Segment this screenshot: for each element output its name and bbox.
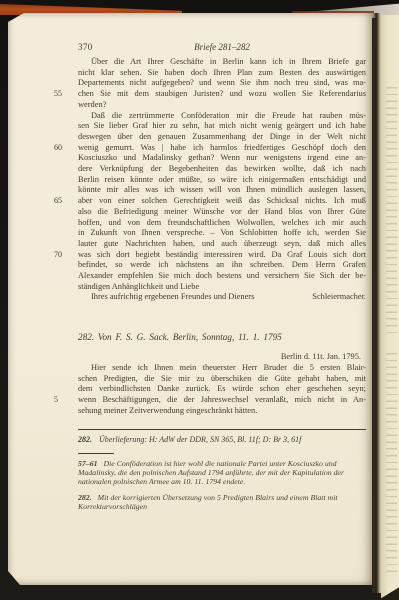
facing-page-edge (381, 15, 399, 600)
line-text: dem verbindlichsten Danke zurück. Es wür… (78, 384, 366, 393)
apparatus-divider (78, 429, 366, 430)
text-line: 65aber von einer solchen Gerechtigkeit w… (78, 196, 366, 207)
text-line: könnte mir alles was ich wissen will von… (78, 185, 366, 196)
footnote-lemma: 57–61 (78, 459, 98, 468)
ghost-text-band (386, 353, 397, 575)
line-text: Ihres aufrichtig ergebenen Freundes und … (91, 292, 254, 301)
apparatus-text: Überlieferung: H: AdW der DDR, SN 365, B… (99, 435, 301, 444)
apparatus-siglum: 282. (78, 435, 92, 444)
line-text: lauter gute Nachrichten haben, und auch … (78, 239, 366, 248)
line-text: sehung meiner Zeitverwendung eingeschrän… (78, 406, 257, 415)
line-text: Daß die zertrümmerte Conföderation mir d… (91, 111, 366, 120)
running-head: Briefe 281–282 (78, 42, 366, 52)
footnotes: 57–61Die Conföderation ist hier wohl die… (78, 459, 366, 511)
line-text: dere Verknüpfung der Begebenheiten das b… (78, 164, 366, 173)
line-number: 55 (54, 89, 72, 100)
text-line: also die Befriedigung meiner Wünsche vor… (78, 207, 366, 218)
line-number: 70 (54, 250, 72, 261)
line-number: 5 (54, 395, 72, 406)
footnote: 57–61Die Conföderation ist hier wohl die… (78, 459, 366, 487)
text-line: 55chen Sie mit dem staubigen Juristen? u… (78, 89, 366, 100)
line-text: Departements nicht aufgegeben? und wenn … (78, 78, 366, 87)
editorial-divider (78, 453, 114, 454)
text-block: 370 Briefe 281–282 Über die Art Ihrer Ge… (78, 42, 366, 511)
text-line: Hier sende ich Ihnen mein theuerster Her… (78, 363, 366, 374)
line-text: Kosciuszko und Madalinsky gethan? Wenn n… (78, 153, 366, 162)
line-text: Alexander empfehlen Sie mich doch besten… (78, 271, 366, 280)
text-line: nicht klar sehen. Sie haben doch Ihren P… (78, 68, 366, 79)
text-line: dem verbindlichsten Danke zurück. Es wür… (78, 384, 366, 395)
text-line: 60wenig gemurrt. Was | habe ich harmlos … (78, 143, 366, 154)
line-number: 65 (54, 196, 72, 207)
line-text: schen Predigten, die Sie mir zu überschi… (78, 374, 366, 383)
text-line: werden? (78, 100, 366, 111)
text-line: Kosciuszko und Madalinsky gethan? Wenn n… (78, 153, 366, 164)
line-text: wenig gemurrt. Was | habe ich harmlos fr… (78, 143, 366, 152)
text-line: Berlin d. 11t. Jan. 1795. (78, 352, 366, 363)
text-line: Über die Art Ihrer Geschäfte in Berlin k… (78, 57, 366, 68)
text-line: Alexander empfehlen Sie mich doch besten… (78, 271, 366, 282)
text-line: Ihres aufrichtig ergebenen Freundes und … (78, 292, 366, 303)
line-text: deswegen über den genauen Zusammenhang d… (78, 132, 366, 141)
line-text: werden? (78, 100, 106, 109)
line-text: befindet, so werde ich nächstens an ihn … (78, 260, 366, 269)
text-line: sen Sie lieber Graf hier zu sehn, hat mi… (78, 121, 366, 132)
line-text: hoffen, und von dem freundschaftlichen W… (78, 218, 366, 227)
line-text: könnte mir alles was ich wissen will von… (78, 185, 366, 194)
text-line: schen Predigten, die Sie mir zu überschi… (78, 374, 366, 385)
text-line: Daß die zertrümmerte Conföderation mir d… (78, 111, 366, 122)
book-page: 370 Briefe 281–282 Über die Art Ihrer Ge… (8, 13, 372, 585)
line-text: Hier sende ich Ihnen mein theuerster Her… (91, 363, 366, 372)
text-line: ständigen Anhänglichkeit und Liebe (78, 282, 366, 293)
line-number: 60 (54, 143, 72, 154)
book-gutter (371, 13, 381, 593)
footnote: 282.Mit der korrigierten Übersetzung von… (78, 493, 366, 511)
text-line: 70was sich dort begiebt beständig intere… (78, 250, 366, 261)
text-line: in Zukunft von Ihnen verspreche. – Von S… (78, 228, 366, 239)
ghost-text-band (386, 87, 397, 335)
text-line: deswegen über den genauen Zusammenhang d… (78, 132, 366, 143)
text-line: Berlin reisen könnte oder müßte, so wäre… (78, 175, 366, 186)
line-text: chen Sie mit dem staubigen Juristen? und… (78, 89, 366, 98)
line-text: wenn Beschäftigungen, die der Jahreswech… (78, 395, 366, 404)
line-text-right: Schleiermacher. (299, 292, 366, 303)
text-line: 5wenn Beschäftigungen, die der Jahreswec… (78, 395, 366, 406)
line-text: ständigen Anhänglichkeit und Liebe (78, 282, 199, 291)
line-text: Berlin reisen könnte oder müßte, so wäre… (78, 175, 366, 184)
book-photo: 370 Briefe 281–282 Über die Art Ihrer Ge… (0, 0, 399, 600)
text-line: lauter gute Nachrichten haben, und auch … (78, 239, 366, 250)
line-text: aber von einer solchen Gerechtigkeit wei… (78, 196, 366, 205)
page-header: 370 Briefe 281–282 (78, 42, 366, 52)
text-line: befindet, so werde ich nächstens an ihn … (78, 260, 366, 271)
line-text: also die Befriedigung meiner Wünsche vor… (78, 207, 366, 216)
footnote-text: Die Conföderation ist hier wohl die nati… (78, 459, 344, 486)
apparatus-entry: 282.Überlieferung: H: AdW der DDR, SN 36… (78, 435, 366, 445)
line-text: nicht klar sehen. Sie haben doch Ihren P… (78, 68, 366, 77)
line-text: sen Sie lieber Graf hier zu sehn, hat mi… (78, 121, 366, 130)
line-text: was sich dort begiebt beständig interess… (78, 250, 366, 259)
text-line: sehung meiner Zeitverwendung eingeschrän… (78, 406, 366, 417)
cover-edge-line (292, 11, 374, 13)
line-text: Über die Art Ihrer Geschäfte in Berlin k… (91, 57, 366, 66)
footnote-lemma: 282. (78, 493, 92, 502)
footnote-text: Mit der korrigierten Übersetzung von 5 P… (78, 493, 338, 511)
letter-282-body: Berlin d. 11t. Jan. 1795. Hier sende ich… (78, 352, 366, 416)
letter-282-heading: 282. Von F. S. G. Sack. Berlin, Sonntag,… (78, 332, 366, 343)
line-text: Berlin d. 11t. Jan. 1795. (281, 352, 361, 361)
letter-281-body: Über die Art Ihrer Geschäfte in Berlin k… (78, 57, 366, 303)
text-line: Departements nicht aufgegeben? und wenn … (78, 78, 366, 89)
line-text: in Zukunft von Ihnen verspreche. – Von S… (78, 228, 366, 237)
text-line: hoffen, und von dem freundschaftlichen W… (78, 218, 366, 229)
text-line: dere Verknüpfung der Begebenheiten das b… (78, 164, 366, 175)
